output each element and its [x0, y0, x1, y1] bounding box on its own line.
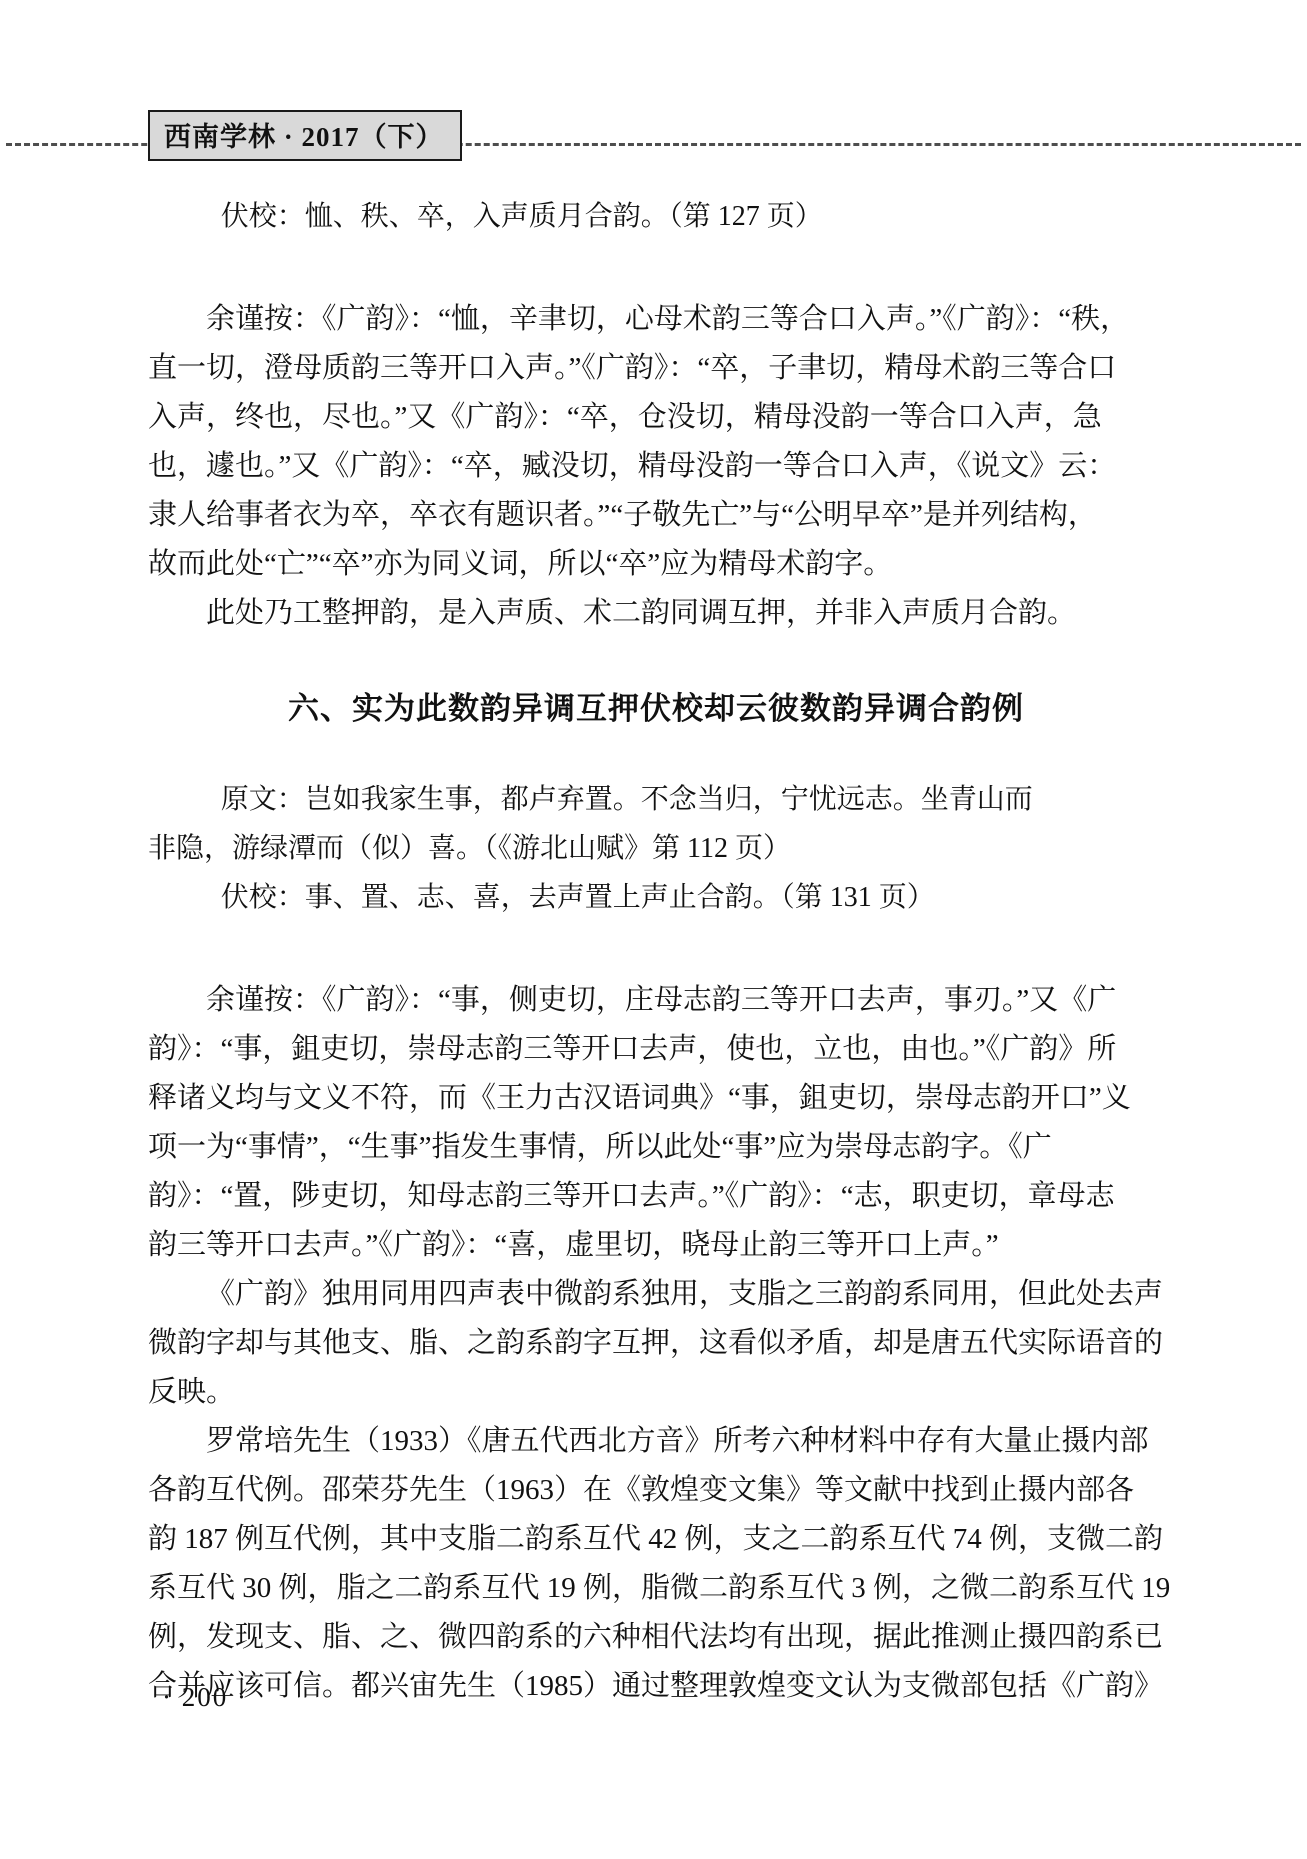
text-line: 伏校：恤、秩、卒，入声质月合韵。（第 127 页）: [148, 192, 1164, 241]
text-line: 韵三等开口去声。”《广韵》：“喜，虚里切，晓母止韵三等开口上声。”: [148, 1221, 1164, 1270]
text-line: 各韵互代例。邵荣芬先生（1963）在《敦煌变文集》等文献中找到止摄内部各: [148, 1466, 1164, 1515]
quote-block-1: 伏校：恤、秩、卒，入声质月合韵。（第 127 页）: [148, 192, 1164, 241]
section-heading: 六、实为此数韵异调互押伏校却云彼数韵异调合韵例: [148, 684, 1164, 733]
text-line: 余谨按：《广韵》：“恤，辛聿切，心母术韵三等合口入声。”《广韵》：“秩，: [148, 295, 1164, 344]
page-content: 伏校：恤、秩、卒，入声质月合韵。（第 127 页） 余谨按：《广韵》：“恤，辛聿…: [148, 192, 1164, 1711]
text-line: 此处乃工整押韵，是入声质、术二韵同调互押，并非入声质月合韵。: [148, 589, 1164, 638]
text-line: 韵》：“事，鉏吏切，崇母志韵三等开口去声，使也，立也，由也。”《广韵》所: [148, 1025, 1164, 1074]
text-line: 也，遽也。”又《广韵》：“卒，臧没切，精母没韵一等合口入声，《说文》云：: [148, 442, 1164, 491]
text-line: 项一为“事情”，“生事”指发生事情，所以此处“事”应为崇母志韵字。《广: [148, 1123, 1164, 1172]
text-line: 非隐，游绿潭而（似）喜。（《游北山赋》第 112 页）: [148, 824, 1164, 873]
page-number: · 200 ·: [162, 1682, 248, 1713]
text-line: 罗常培先生（1933）《唐五代西北方音》所考六种材料中存有大量止摄内部: [148, 1417, 1164, 1466]
journal-header-box: 西南学林 · 2017（下）: [148, 110, 462, 161]
text-line: 隶人给事者衣为卒，卒衣有题识者。”“子敬先亡”与“公明早卒”是并列结构，: [148, 491, 1164, 540]
text-line: 例，发现支、脂、之、微四韵系的六种相代法均有出现，据此推测止摄四韵系已: [148, 1613, 1164, 1662]
text-line: 故而此处“亡”“卒”亦为同义词，所以“卒”应为精母术韵字。: [148, 540, 1164, 589]
quote-block-2: 原文：岂如我家生事，都卢弃置。不念当归，宁忧远志。坐青山而 非隐，游绿潭而（似）…: [148, 775, 1164, 922]
text-line: 入声，终也，尽也。”又《广韵》：“卒，仓没切，精母没韵一等合口入声，急: [148, 393, 1164, 442]
text-line: 反映。: [148, 1368, 1164, 1417]
paragraph-1b: 此处乃工整押韵，是入声质、术二韵同调互押，并非入声质月合韵。: [148, 589, 1164, 638]
paragraph-1: 余谨按：《广韵》：“恤，辛聿切，心母术韵三等合口入声。”《广韵》：“秩， 直一切…: [148, 295, 1164, 589]
text-line: 微韵字却与其他支、脂、之韵系韵字互押，这看似矛盾，却是唐五代实际语音的: [148, 1319, 1164, 1368]
text-line: 直一切，澄母质韵三等开口入声。”《广韵》：“卒，子聿切，精母术韵三等合口: [148, 344, 1164, 393]
text-line: 释诸义均与文义不符，而《王力古汉语词典》“事，鉏吏切，崇母志韵开口”义: [148, 1074, 1164, 1123]
text-line: 合并应该可信。都兴宙先生（1985）通过整理敦煌变文认为支微部包括《广韵》: [148, 1662, 1164, 1711]
paragraph-3: 《广韵》独用同用四声表中微韵系独用，支脂之三韵韵系同用，但此处去声 微韵字却与其…: [148, 1270, 1164, 1417]
text-line: 《广韵》独用同用四声表中微韵系独用，支脂之三韵韵系同用，但此处去声: [148, 1270, 1164, 1319]
text-line: 伏校：事、置、志、喜，去声置上声止合韵。（第 131 页）: [148, 873, 1164, 922]
paragraph-2: 余谨按：《广韵》：“事，侧吏切，庄母志韵三等开口去声，事刃。”又《广 韵》：“事…: [148, 976, 1164, 1270]
text-line: 系互代 30 例，脂之二韵系互代 19 例，脂微二韵系互代 3 例，之微二韵系互…: [148, 1564, 1164, 1613]
text-line: 原文：岂如我家生事，都卢弃置。不念当归，宁忧远志。坐青山而: [148, 775, 1164, 824]
text-line: 韵 187 例互代例，其中支脂二韵系互代 42 例，支之二韵系互代 74 例，支…: [148, 1515, 1164, 1564]
text-line: 余谨按：《广韵》：“事，侧吏切，庄母志韵三等开口去声，事刃。”又《广: [148, 976, 1164, 1025]
journal-title: 西南学林 · 2017（下）: [164, 122, 444, 152]
paragraph-4: 罗常培先生（1933）《唐五代西北方音》所考六种材料中存有大量止摄内部 各韵互代…: [148, 1417, 1164, 1711]
text-line: 韵》：“置，陟吏切，知母志韵三等开口去声。”《广韵》：“志，职吏切，章母志: [148, 1172, 1164, 1221]
